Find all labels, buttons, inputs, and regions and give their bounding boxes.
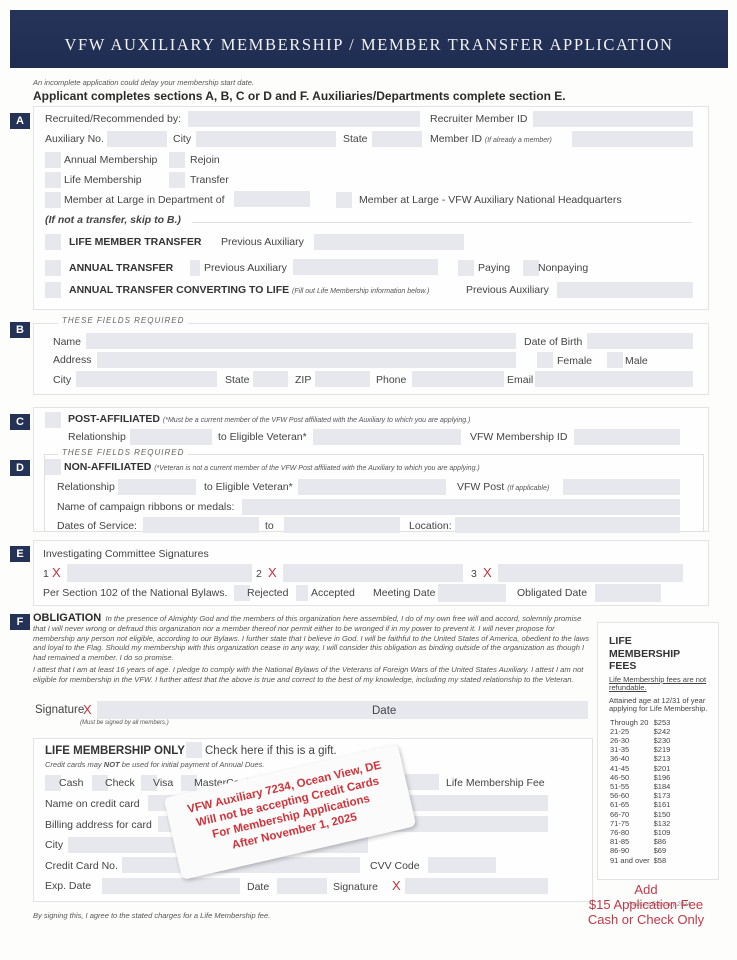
name-on-card-label: Name on credit card [45,798,140,810]
fee-age: 81-85 [608,837,652,846]
zip-field[interactable] [315,371,370,387]
fee-amount: $196 [652,773,673,782]
fee-row: 46-50$196 [608,773,672,782]
life-membership-checkbox[interactable] [45,172,61,188]
fee-age: 26-30 [608,736,652,745]
post-affiliated-label: POST-AFFILIATED (*Must be a current memb… [68,413,470,425]
recruited-by-label: Recruited/Recommended by: [45,113,181,125]
email-label: Email [507,374,533,386]
name-label: Name [53,336,81,348]
post-affiliated-checkbox[interactable] [45,412,61,428]
fee-age: 91 and over [608,856,652,865]
previous-auxiliary-label: Previous Auxiliary [221,236,304,248]
rejoin-checkbox[interactable] [169,152,185,168]
vfw-post-label: VFW Post (If applicable) [457,481,549,493]
dob-field[interactable] [587,333,693,349]
c-veteran-field[interactable] [313,429,461,445]
life-only-title: LIFE MEMBERSHIP ONLY [45,745,185,757]
signature-note: (Must be signed by all members.) [80,720,169,726]
ribbons-label: Name of campaign ribbons or medals: [57,501,234,513]
auxiliary-no-field[interactable] [107,131,167,147]
vfw-post-field[interactable] [563,479,680,495]
sig3-x-mark: X [483,565,492,580]
life-previous-auxiliary-field[interactable] [314,234,464,250]
member-id-label: Member ID (If already a member) [430,133,552,145]
sig2-x-mark: X [268,565,277,580]
fee-row: 71-75$132 [608,819,672,828]
attestation-text: I attest that I am at least 16 years of … [33,665,593,685]
gift-label: Check here if this is a gift. [205,745,337,757]
rejected-label: Rejected [247,587,288,599]
service-start-field[interactable] [143,517,259,533]
gift-checkbox[interactable] [186,742,202,758]
location-field[interactable] [455,517,680,533]
fee-amount: $230 [652,736,673,745]
fee-row: 86-90$69 [608,846,672,855]
fee-age: 46-50 [608,773,652,782]
fee-amount: $150 [652,810,673,819]
nonpaying-checkbox[interactable] [523,260,539,276]
fee-row: Through 20$253 [608,718,672,727]
exp-date-field[interactable] [102,878,240,894]
annual-previous-auxiliary-label: Previous Auxiliary [204,262,287,274]
fee-row: 41-45$201 [608,764,672,773]
card-date-label: Date [247,881,269,893]
accepted-label: Accepted [311,587,355,599]
male-label: Male [625,355,648,367]
rejoin-label: Rejoin [190,154,220,166]
card-signature-x-mark: X [392,878,401,893]
fee-row: 76-80$109 [608,828,672,837]
nonpaying-label: Nonpaying [538,262,588,274]
section-f-badge: F [10,614,30,630]
annual-membership-checkbox[interactable] [45,152,61,168]
committee-signature-1-field[interactable] [67,564,252,582]
signature-x-mark: X [83,702,92,717]
annual-membership-label: Annual Membership [64,154,157,166]
life-fee-label: Life Membership Fee [446,777,545,789]
attained-age-note: Attained age at 12/31 of year applying f… [609,697,718,713]
paying-checkbox[interactable] [458,260,474,276]
annual-transfer-label: ANNUAL TRANSFER [69,262,173,274]
service-end-field[interactable] [284,517,400,533]
fee-age: 76-80 [608,828,652,837]
ribbons-field[interactable] [242,499,680,515]
fees-table: Through 20$25321-25$24226-30$23031-35$21… [608,718,672,865]
fee-amount: $253 [652,718,673,727]
d-relationship-label: Relationship [57,481,115,493]
committee-signature-2-field[interactable] [283,564,463,582]
credit-card-note: Credit cards may NOT be used for initial… [45,760,264,769]
fee-age: 21-25 [608,727,652,736]
fee-row: 31-35$219 [608,745,672,754]
to-label: to [265,520,274,532]
vfw-membership-id-field[interactable] [574,429,680,445]
location-label: Location: [409,520,452,532]
committee-title: Investigating Committee Signatures [43,548,209,560]
fee-amount: $161 [652,800,673,809]
fee-row: 81-85$86 [608,837,672,846]
fee-age: 56-60 [608,791,652,800]
annual-to-life-checkbox[interactable] [45,282,61,298]
signature-label: Signature [35,704,84,716]
vfw-membership-id-label: VFW Membership ID [470,431,567,443]
b-city-label: City [53,374,71,386]
skip-note: (If not a transfer, skip to B.) [45,214,181,226]
dob-label: Date of Birth [524,336,582,348]
phone-field[interactable] [412,371,504,387]
form-title-banner: VFW AUXILIARY MEMBERSHIP / MEMBER TRANSF… [10,10,728,68]
annual-to-life-label: ANNUAL TRANSFER CONVERTING TO LIFE (Fill… [69,284,429,296]
fee-row: 66-70$150 [608,810,672,819]
fee-amount: $213 [652,754,673,763]
cvv-field[interactable] [428,857,496,873]
fee-row: 21-25$242 [608,727,672,736]
email-field[interactable] [535,371,693,387]
instructions: Applicant completes sections A, B, C or … [33,89,566,103]
converting-previous-auxiliary-field[interactable] [557,282,693,298]
c-relationship-field[interactable] [130,429,212,445]
section-d-required: THESE FIELDS REQUIRED [58,448,188,457]
fee-amount: $173 [652,791,673,800]
obligation-text: OBLIGATION In the presence of Almighty G… [33,614,593,685]
card-city-label: City [45,839,63,851]
female-label: Female [557,355,592,367]
name-field[interactable] [86,333,516,349]
divider [192,222,692,223]
meeting-date-field[interactable] [438,584,506,602]
d-veteran-field[interactable] [298,479,446,495]
recruiter-member-id-field[interactable] [533,111,693,127]
fee-age: 36-40 [608,754,652,763]
fee-amount: $219 [652,745,673,754]
sig3-number: 3 [471,568,477,580]
fee-age: 86-90 [608,846,652,855]
date-label: Date [372,705,396,717]
fee-age: 66-70 [608,810,652,819]
non-refundable-note: Life Membership fees are not refundable. [609,676,718,692]
fee-amount: $69 [652,846,673,855]
fee-amount: $109 [652,828,673,837]
visa-label: Visa [153,777,173,789]
converting-previous-auxiliary-label: Previous Auxiliary [466,284,549,296]
cvv-label: CVV Code [370,860,420,872]
address-label: Address [53,354,92,366]
fee-age: 31-35 [608,745,652,754]
footer-agreement: By signing this, I agree to the stated c… [33,911,270,920]
fee-row: 56-60$173 [608,791,672,800]
sig2-number: 2 [256,568,262,580]
recruiter-member-id-label: Recruiter Member ID [430,113,527,125]
department-field[interactable] [234,191,310,207]
address-field[interactable] [97,352,516,368]
fee-amount: $58 [652,856,673,865]
paying-label: Paying [478,262,510,274]
member-at-large-nhq-checkbox[interactable] [336,192,352,208]
fee-row: 36-40$213 [608,754,672,763]
c-relationship-label: Relationship [68,431,126,443]
section-c-badge: C [10,414,30,430]
fee-row: 61-65$161 [608,800,672,809]
member-at-large-dept-label: Member at Large in Department of [64,194,225,206]
life-member-transfer-label: LIFE MEMBER TRANSFER [69,236,201,248]
card-signature-label: Signature [333,881,378,893]
section-d-badge: D [10,460,30,476]
annual-transfer-checkbox[interactable] [45,260,61,276]
card-date-field[interactable] [277,878,327,894]
accepted-checkbox[interactable] [296,585,308,601]
member-at-large-nhq-label: Member at Large - VFW Auxiliary National… [359,194,622,206]
member-id-field[interactable] [572,131,693,147]
fee-row: 26-30$230 [608,736,672,745]
recruited-by-field[interactable] [188,111,420,127]
fee-amount: $184 [652,782,673,791]
section-e-badge: E [10,546,30,562]
cash-label: Cash [59,777,84,789]
annual-previous-auxiliary-field[interactable] [293,259,438,275]
fee-age: Through 20 [608,718,652,727]
billing-address-label: Billing address for card [45,819,152,831]
state-label: State [343,133,368,145]
zip-label: ZIP [295,374,311,386]
fee-amount: $242 [652,727,673,736]
check-label: Check [105,777,135,789]
meeting-date-label: Meeting Date [373,587,435,599]
fee-row: 51-55$184 [608,782,672,791]
b-state-field[interactable] [253,371,288,387]
c-to-veteran-label: to Eligible Veteran* [218,431,307,443]
non-affiliated-label: NON-AFFILIATED (*Veteran is not a curren… [64,461,480,473]
obligated-date-field[interactable] [595,584,661,602]
section-b-badge: B [10,322,30,338]
bylaws-label: Per Section 102 of the National Bylaws. [43,587,227,599]
life-member-transfer-checkbox[interactable] [45,234,61,250]
transfer-label: Transfer [190,174,229,186]
d-to-veteran-label: to Eligible Veteran* [204,481,293,493]
sig1-x-mark: X [52,565,61,580]
fee-age: 41-45 [608,764,652,773]
obligated-date-label: Obligated Date [517,587,587,599]
incomplete-note: An incomplete application could delay yo… [33,78,254,87]
fees-title: LIFE MEMBERSHIP FEES [609,635,718,673]
fee-amount: $201 [652,764,673,773]
non-affiliated-checkbox[interactable] [45,459,61,475]
auxiliary-no-label: Auxiliary No. [45,133,104,145]
d-relationship-field[interactable] [118,479,196,495]
member-at-large-dept-checkbox[interactable] [45,192,61,208]
fee-amount: $132 [652,819,673,828]
fee-row: 91 and over$58 [608,856,672,865]
b-state-label: State [225,374,250,386]
section-a-badge: A [10,113,30,129]
city-label: City [173,133,191,145]
annual-transfer-mark[interactable] [190,260,200,276]
section-b-required: THESE FIELDS REQUIRED [58,316,188,325]
signature-date-field[interactable] [398,701,588,719]
fee-age: 71-75 [608,819,652,828]
transfer-checkbox[interactable] [169,172,185,188]
fee-age: 61-65 [608,800,652,809]
sig1-number: 1 [43,568,49,580]
male-checkbox[interactable] [607,352,623,368]
dates-of-service-label: Dates of Service: [57,520,137,532]
exp-date-label: Exp. Date [45,880,91,892]
female-checkbox[interactable] [537,352,553,368]
life-membership-fees-box: LIFE MEMBERSHIP FEES Life Membership fee… [597,622,719,880]
card-signature-field[interactable] [405,878,548,894]
application-fee-stamp: Add $15 Application Fee Cash or Check On… [576,882,716,927]
committee-signature-3-field[interactable] [498,564,683,582]
b-city-field[interactable] [76,371,217,387]
phone-label: Phone [376,374,406,386]
life-membership-label: Life Membership [64,174,142,186]
state-field[interactable] [372,131,422,147]
fee-amount: $86 [652,837,673,846]
card-number-label: Credit Card No. [45,860,118,872]
city-field[interactable] [196,131,336,147]
fee-age: 51-55 [608,782,652,791]
